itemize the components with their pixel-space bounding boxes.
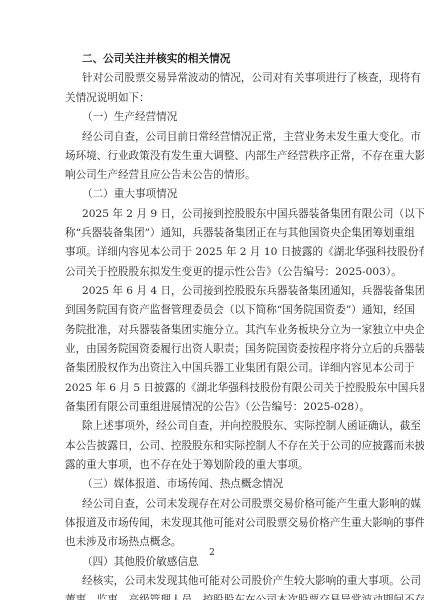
section-heading: 二、公司关注并核实的相关情况 [82, 52, 359, 66]
text-line: 场环境、行业政策没有发生重大调整、内部生产经营秩序正常，不存在重大影 [65, 149, 359, 163]
text-line: 体报道及市场传闻，未发现其他可能对公司股票交易价格产生重大影响的事件， [65, 516, 359, 530]
text-line: （一）生产经营情况 [82, 110, 359, 124]
text-line: 业，由国务院国资委履行出资人职责；国务院国资委按程序将分立后的兵器装 [65, 342, 359, 356]
text-line: 2025 年 6 月 5 日披露的《湖北华强科技股份有限公司关于控股股东中国兵器… [65, 381, 359, 395]
text-line: 到国务院国有资产监督管理委员会（以下简称“国务院国资委”）通知，经国 [65, 303, 359, 317]
text-line: 针对公司股票交易异常波动的情况，公司对有关事项进行了核查，现将有 [82, 71, 359, 85]
text-line: 备集团有限公司重组进展情况的公告》（公告编号：2025-028）。 [65, 400, 359, 414]
document-page: 二、公司关注并核实的相关情况针对公司股票交易异常波动的情况，公司对有关事项进行了… [0, 0, 424, 600]
text-line: 露的重大事项，也不存在处于筹划阶段的重大事项。 [65, 458, 359, 472]
text-line: 公司关于控股股东拟发生变更的提示性公告》（公告编号：2025-003）。 [65, 265, 359, 279]
text-line: 事项。详细内容见本公司于 2025 年 2 月 10 日披露的《湖北华强科技股份… [65, 245, 359, 259]
text-line: 经公司自查，公司未发现存在对公司股票交易价格可能产生重大影响的媒 [82, 497, 359, 511]
text-line: 2025 年 6 月 4 日，公司接到控股股东兵器装备集团通知，兵器装备集团收 [82, 284, 359, 298]
text-line: 经公司自查，公司目前日常经营情况正常，主营业务未发生重大变化。市 [82, 130, 359, 144]
text-line: 除上述事项外，经公司自查，并向控股股东、实际控制人函证确认，截至 [82, 419, 359, 433]
text-line: （二）重大事项情况 [82, 187, 359, 201]
text-line: 备集团股权作为出资注入中国兵器工业集团有限公司。详细内容见本公司于 [65, 361, 359, 375]
text-line: 董事、监事、高级管理人员、控股股东在公司本次股票交易异常波动期间不存 [65, 593, 359, 600]
text-line: （三）媒体报道、市场传闻、热点概念情况 [82, 477, 359, 491]
text-line: 经核实，公司未发现其他可能对公司股价产生较大影响的重大事项。公司 [82, 574, 359, 588]
text-line: 响公司生产经营且应公告未公告的情形。 [65, 168, 359, 182]
page-number: 2 [0, 548, 424, 558]
text-line: 也未涉及市场热点概念。 [65, 535, 359, 549]
text-line: 本公告披露日，公司、控股股东和实际控制人不存在关于公司的应披露而未披 [65, 439, 359, 453]
text-line: 2025 年 2 月 9 日，公司接到控股股东中国兵器装备集团有限公司（以下简 [82, 207, 359, 221]
text-line: 务院批准，对兵器装备集团实施分立。其汽车业务板块分立为一家独立中央企 [65, 323, 359, 337]
text-line: 称“兵器装备集团”）通知，兵器装备集团正在与其他国资央企集团筹划重组 [65, 226, 359, 240]
text-line: 关情况说明如下： [65, 91, 359, 105]
